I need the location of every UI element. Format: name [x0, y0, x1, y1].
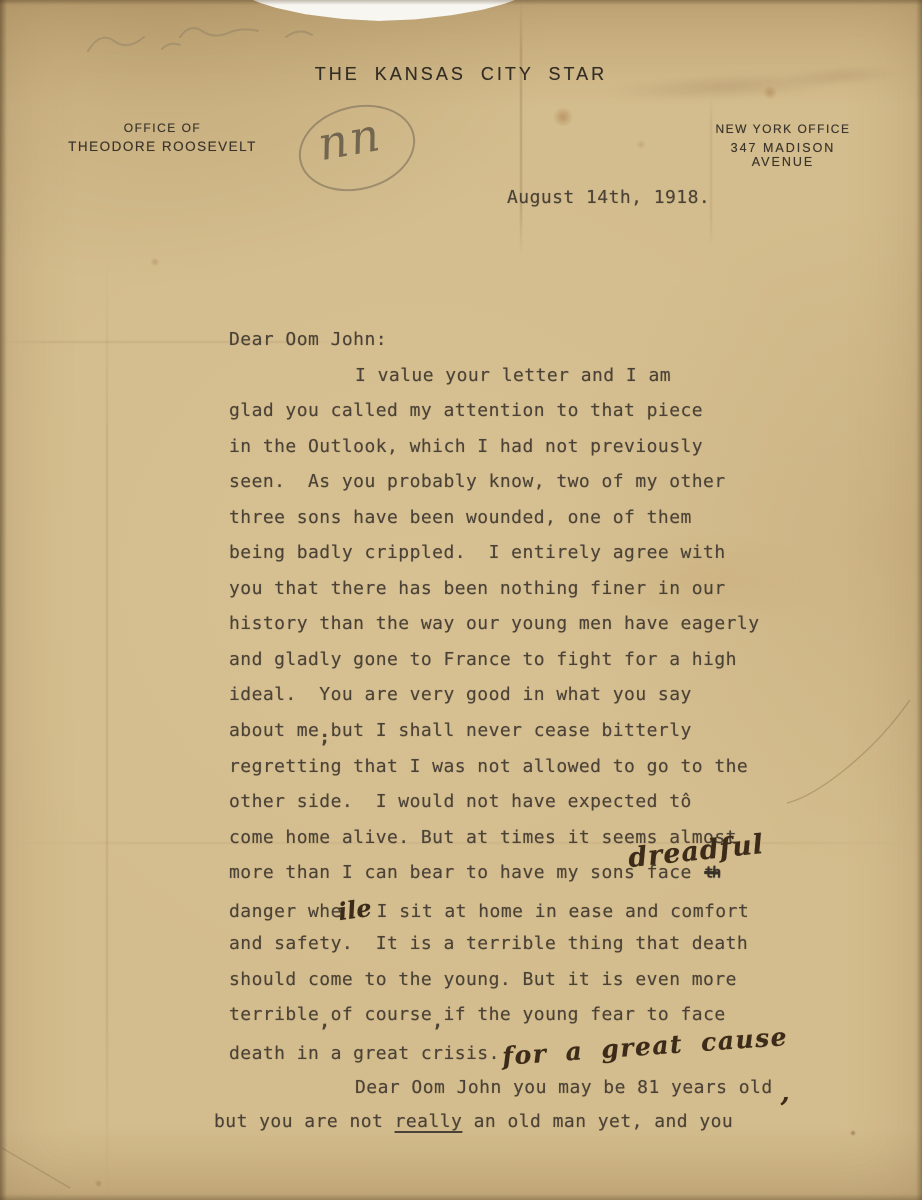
letterhead-title: THE KANSAS CITY STAR: [0, 64, 922, 85]
typed-segment: Dear Oom John you may be 81 years old: [355, 1077, 773, 1098]
madison-avenue-label: 347 MADISON AVENUE: [698, 141, 868, 169]
letter-line: history than the way our young men have …: [229, 606, 869, 642]
typed-segment: I value your letter and I am: [355, 365, 671, 386]
typed-segment: should come to the young. But it is even…: [229, 969, 737, 990]
paper-edge-right: [916, 0, 922, 1200]
stain: [150, 258, 160, 266]
letter-line: glad you called my attention to that pie…: [229, 393, 869, 429]
typed-segment: in the Outlook, which I had not previous…: [229, 436, 703, 457]
letter-line: danger wheile I sit at home in ease and …: [229, 891, 869, 927]
letter-line: and safety. It is a terrible thing that …: [229, 926, 869, 962]
stain: [94, 1180, 103, 1187]
letter-line: three sons have been wounded, one of the…: [229, 500, 869, 536]
letter-line: should come to the young. But it is even…: [229, 962, 869, 998]
letter-line: ideal. You are very good in what you say: [229, 677, 869, 713]
letter-body: Dear Oom John:I value your letter and I …: [229, 322, 869, 1140]
stain: [552, 108, 574, 126]
letter-line: more than I can bear to have my sons fac…: [229, 855, 869, 891]
letter-line: Dear Oom John:: [229, 322, 869, 358]
paper-edge-left: [0, 0, 7, 1200]
letterhead-office-right: NEW YORK OFFICE 347 MADISON AVENUE: [698, 122, 868, 169]
office-of-label: OFFICE OF: [60, 121, 265, 135]
typed-segment: danger whe: [229, 901, 342, 922]
letter-line: seen. As you probably know, two of my ot…: [229, 464, 869, 500]
typed-segment: other side. I would not have expected tô: [229, 791, 692, 812]
typed-segment: seen. As you probably know, two of my ot…: [229, 471, 726, 492]
typed-segment: being badly crippled. I entirely agree w…: [229, 542, 726, 563]
new-york-office-label: NEW YORK OFFICE: [698, 122, 868, 136]
theodore-roosevelt-label: THEODORE ROOSEVELT: [60, 139, 265, 154]
letter-line: come home alive. But at times it seems a…: [229, 820, 869, 856]
typed-segment: and safety. It is a terrible thing that …: [229, 933, 748, 954]
fold-crease: [520, 0, 522, 255]
typed-segment: terrible: [229, 1004, 319, 1025]
handwritten-correction: ile: [336, 890, 374, 930]
letter-paper: THE KANSAS CITY STAR OFFICE OF THEODORE …: [0, 0, 922, 1200]
low-punctuation: ,: [432, 1004, 443, 1040]
pencil-scribble: [78, 6, 368, 66]
typed-segment: an old man yet, and you: [462, 1111, 733, 1132]
letter-line: about me;but I shall never cease bitterl…: [229, 713, 869, 749]
typed-segment: if the young fear to face: [443, 1004, 725, 1025]
typed-segment: Dear Oom John:: [229, 329, 387, 350]
letter-line: but you are not really an old man yet, a…: [214, 1104, 869, 1140]
letter-line: you that there has been nothing finer in…: [229, 571, 869, 607]
typed-segment: I sit at home in ease and comfort: [365, 901, 749, 922]
fold-crease: [710, 96, 712, 246]
typed-segment: but you are not: [214, 1111, 395, 1132]
letter-line: other side. I would not have expected tô: [229, 784, 869, 820]
typed-segment: regretting that I was not allowed to go …: [229, 756, 748, 777]
typed-segment: about me: [229, 720, 319, 741]
letter-line: I value your letter and I am: [355, 358, 869, 394]
date-line: August 14th, 1918.: [507, 187, 710, 208]
letterhead-office-left: OFFICE OF THEODORE ROOSEVELT: [60, 121, 265, 154]
pencil-mark-text: nn: [314, 107, 386, 171]
typed-segment: glad you called my attention to that pie…: [229, 400, 703, 421]
paper-edge-bottom: [0, 1194, 922, 1200]
letter-line: being badly crippled. I entirely agree w…: [229, 535, 869, 571]
typed-segment: history than the way our young men have …: [229, 613, 760, 634]
underlined-word: really: [395, 1111, 463, 1132]
typed-segment: and gladly gone to France to fight for a…: [229, 649, 737, 670]
typed-segment: death in a great crisis.: [229, 1043, 500, 1064]
handwritten-comma: ,: [781, 1076, 791, 1112]
letter-line: in the Outlook, which I had not previous…: [229, 429, 869, 465]
typed-segment: but I shall never cease bitterly: [331, 720, 692, 741]
typed-segment: ideal. You are very good in what you say: [229, 684, 692, 705]
typed-segment: you that there has been nothing finer in…: [229, 578, 726, 599]
low-punctuation: ,: [319, 1004, 330, 1040]
letter-line: and gladly gone to France to fight for a…: [229, 642, 869, 678]
typed-segment: three sons have been wounded, one of the…: [229, 507, 692, 528]
fold-crease: [106, 255, 108, 1200]
low-punctuation: ;: [319, 720, 330, 756]
stain: [762, 86, 778, 99]
stain: [636, 140, 646, 149]
circled-pencil-mark: nn: [298, 106, 416, 190]
crease-curve: [0, 1140, 80, 1200]
typed-segment: of course: [331, 1004, 433, 1025]
letter-line: Dear Oom John you may be 81 years old,: [355, 1068, 869, 1104]
